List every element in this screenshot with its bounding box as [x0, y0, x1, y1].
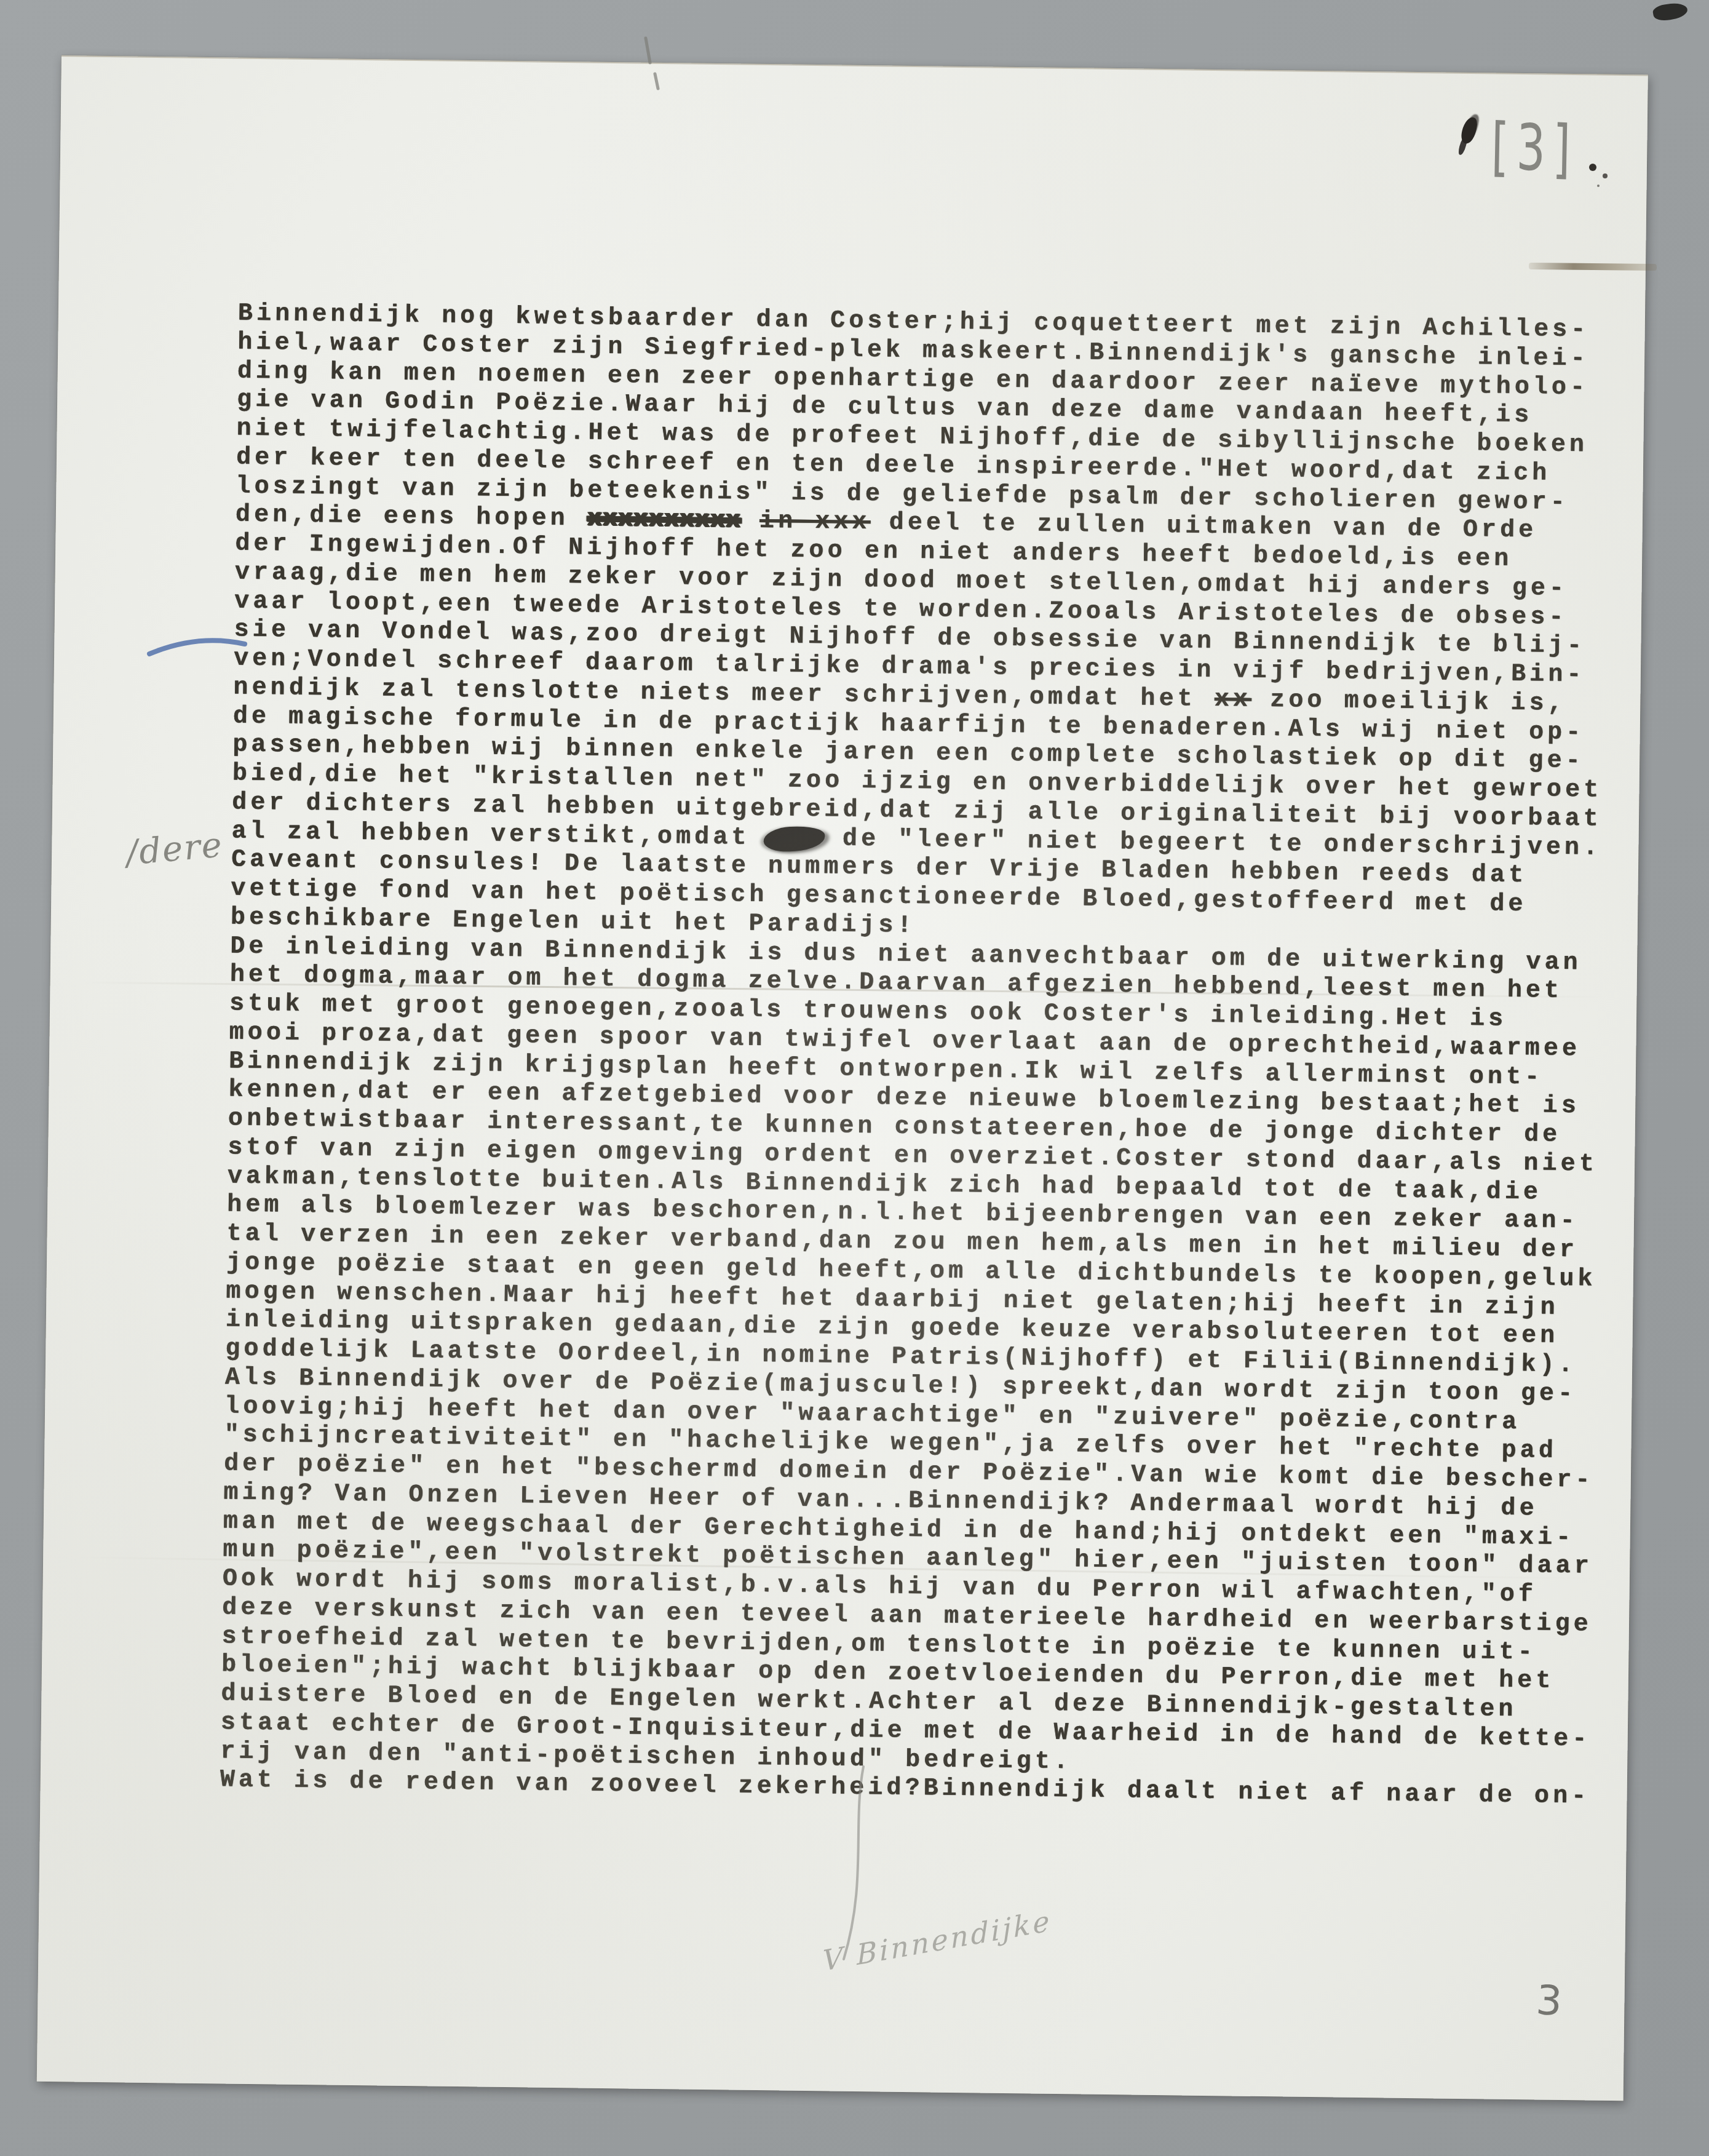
scan-background: Binnendijk nog kwetsbaarder dan Coster;h…: [0, 0, 1709, 2156]
typed-blot: zij: [768, 824, 824, 853]
typed-overstrike: xxxxxxxxxx: [587, 506, 742, 535]
typed-text: den,die eens hopen: [236, 501, 587, 533]
typed-strike: in xxx: [759, 507, 871, 536]
typed-text-block: Binnendijk nog kwetsbaarder dan Coster;h…: [220, 300, 1648, 1813]
typed-text: al zal hebben verstikt,omdat: [231, 817, 769, 852]
ink-smudge: [1652, 1, 1689, 22]
typed-text: [741, 507, 760, 535]
paper-sheet: Binnendijk nog kwetsbaarder dan Coster;h…: [37, 55, 1648, 2101]
typed-strike: xx: [1215, 686, 1252, 714]
typed-text: zoo moeilijk is,: [1251, 686, 1566, 717]
